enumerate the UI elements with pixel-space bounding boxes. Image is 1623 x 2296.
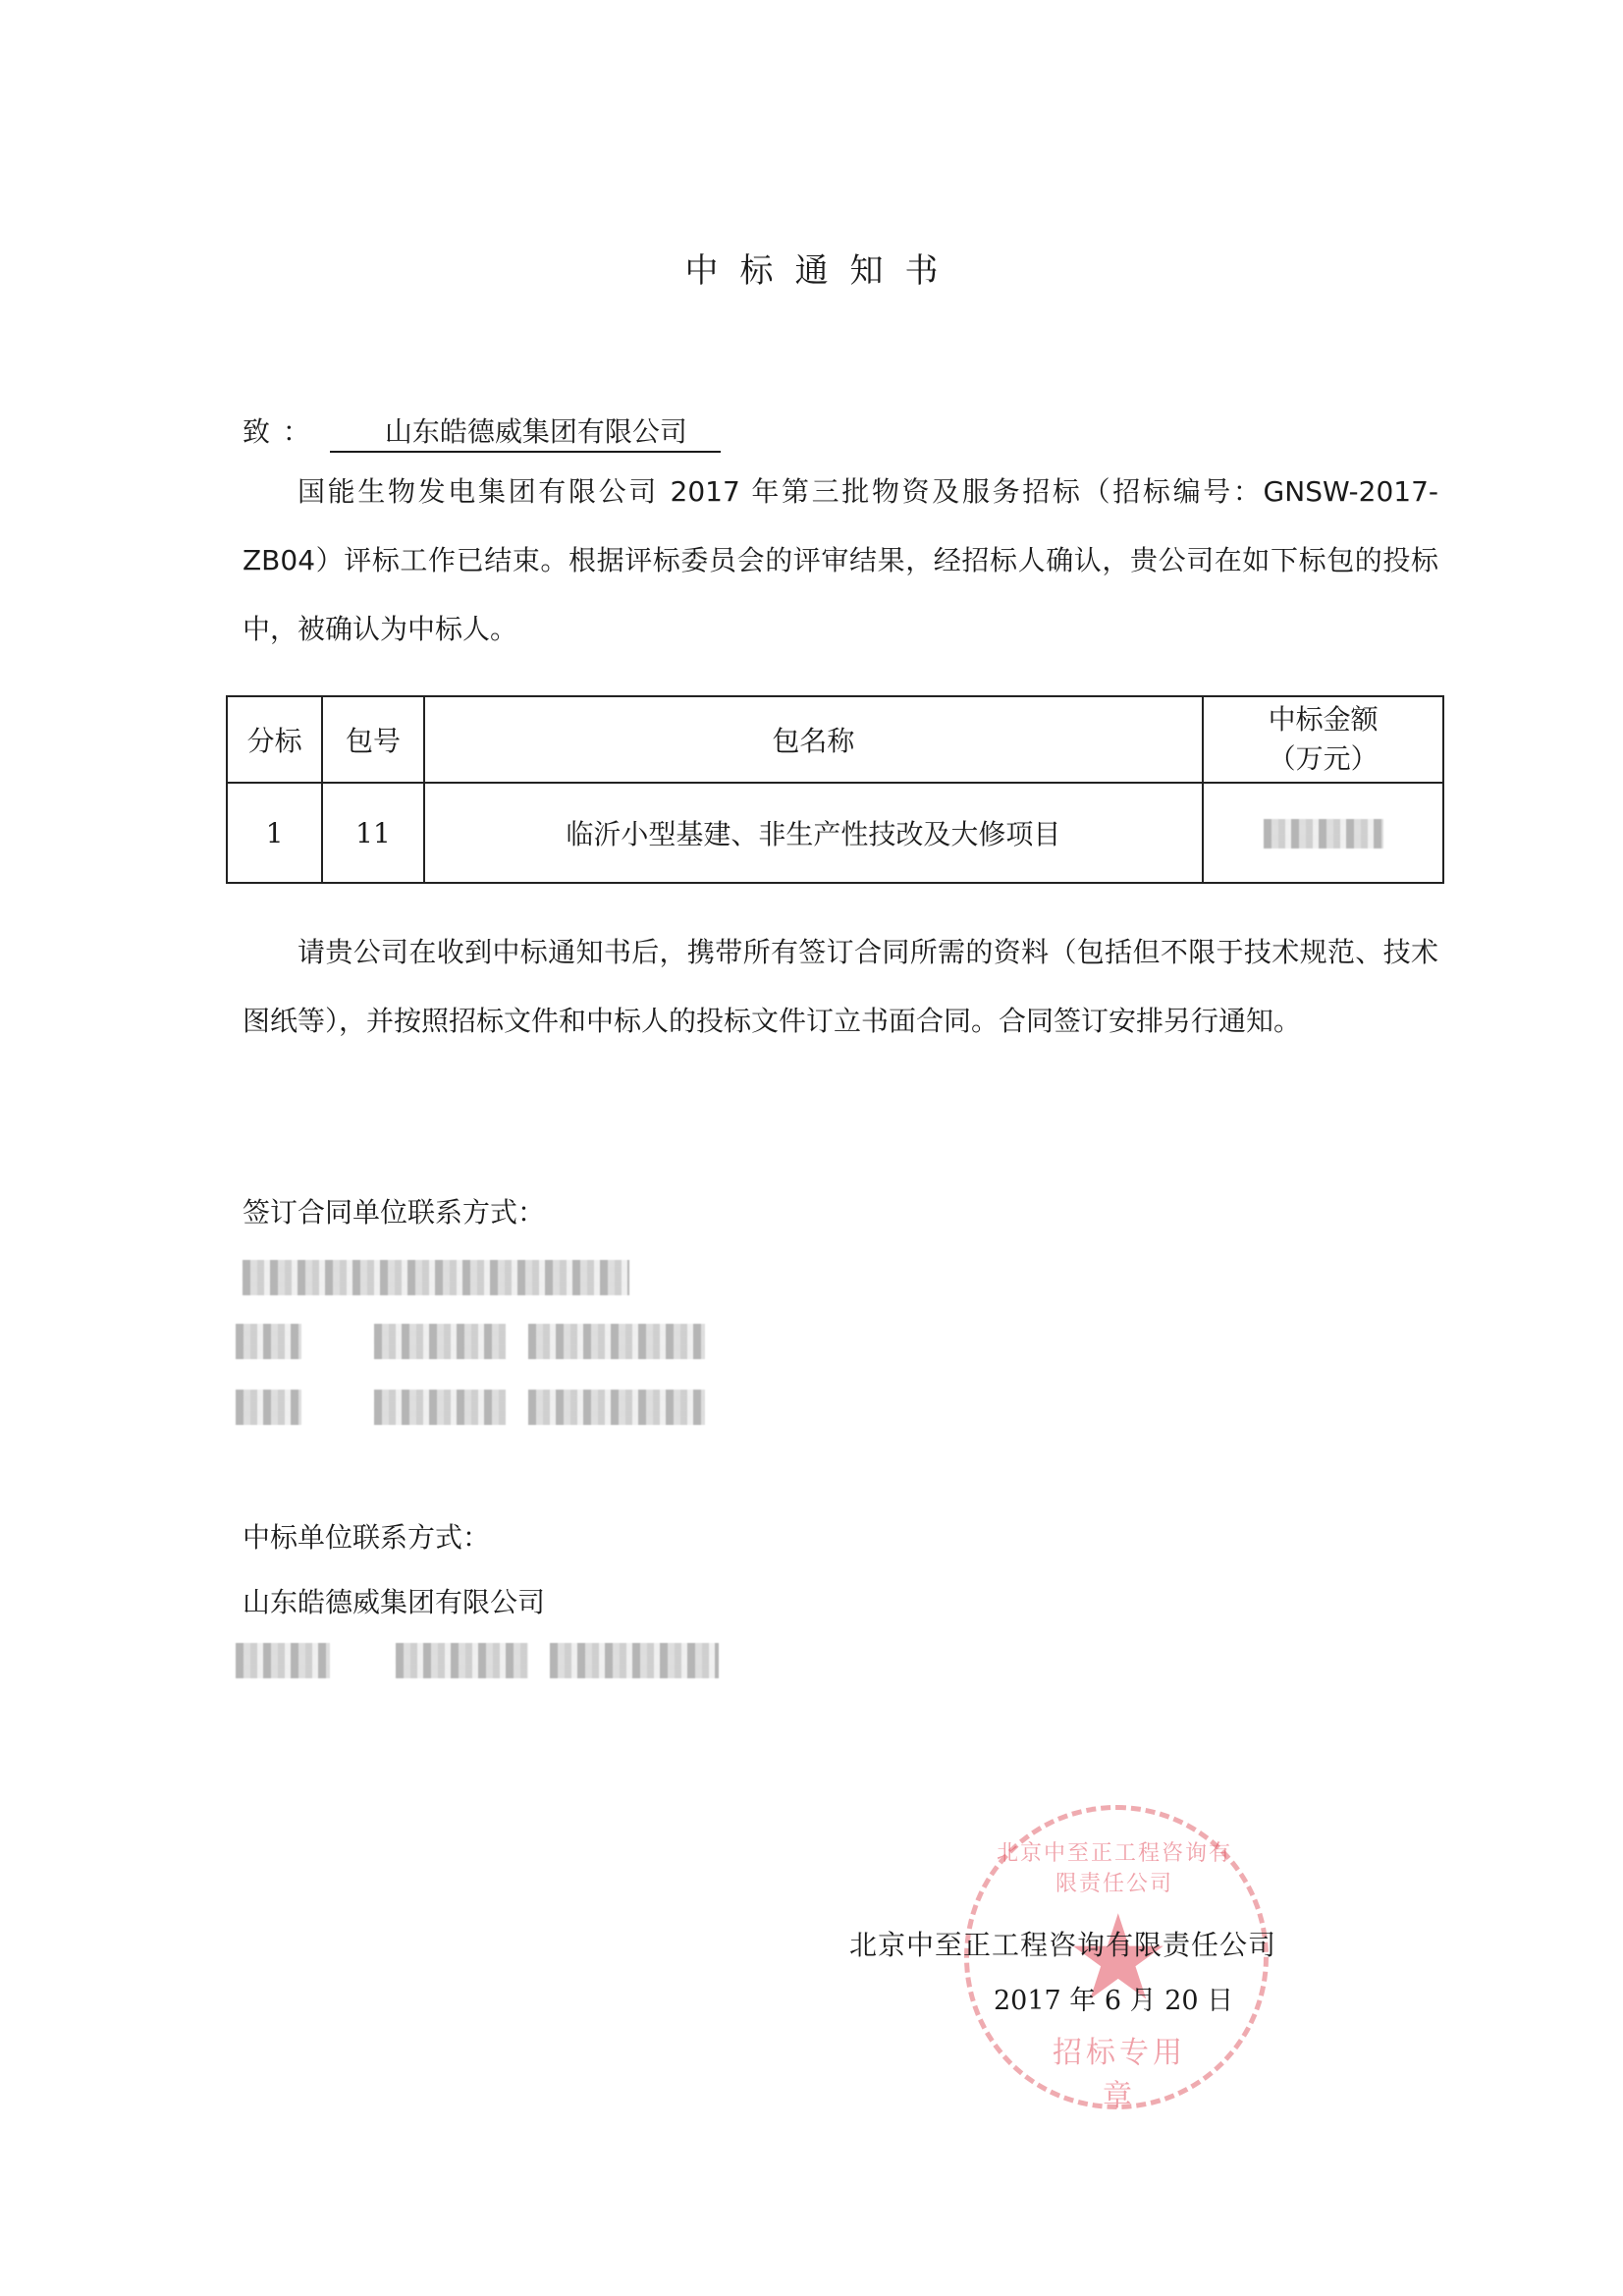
issue-date: 2017 年 6 月 20 日	[994, 1979, 1233, 2017]
recipient-prefix: 致 ：	[243, 415, 312, 448]
notification-paragraph: 国能生物发电集团有限公司 2017 年第三批物资及服务招标（招标编号：GNSW-…	[243, 458, 1438, 664]
table-row: 1 11 临沂小型基建、非生产性技改及大修项目	[227, 783, 1443, 883]
table-header-row: 分标 包号 包名称 中标金额 （万元）	[227, 696, 1443, 783]
header-lot: 分标	[227, 696, 322, 783]
header-amount-line1: 中标金额	[1204, 700, 1442, 739]
redacted-phone-label	[374, 1390, 506, 1425]
contract-contact-row	[236, 1385, 746, 1424]
redacted-phone-label	[396, 1643, 528, 1678]
contract-contact-row	[236, 1319, 746, 1358]
bid-table: 分标 包号 包名称 中标金额 （万元） 1 11 临沂小型基建、非生产性技改及大…	[226, 695, 1444, 884]
redacted-phone	[528, 1324, 705, 1359]
header-package-no: 包号	[322, 696, 423, 783]
contract-company-redacted	[236, 1255, 648, 1294]
redacted-phone-label	[374, 1324, 506, 1359]
redacted-phone	[550, 1643, 719, 1678]
instruction-paragraph: 请贵公司在收到中标通知书后，携带所有签订合同所需的资料（包括但不限于技术规范、技…	[243, 918, 1438, 1056]
winner-contact-row	[236, 1638, 746, 1677]
winner-contact-label: 中标单位联系方式：	[243, 1516, 490, 1556]
header-amount-line2: （万元）	[1204, 739, 1442, 779]
redacted-name	[236, 1390, 301, 1425]
redacted-name	[236, 1643, 330, 1678]
cell-amount	[1203, 783, 1443, 883]
cell-lot: 1	[227, 783, 322, 883]
contract-contact-label: 签订合同单位联系方式：	[243, 1191, 545, 1230]
redacted-amount	[1264, 819, 1383, 848]
cell-package-name: 临沂小型基建、非生产性技改及大修项目	[424, 783, 1204, 883]
cell-package-no: 11	[322, 783, 423, 883]
redacted-company	[243, 1260, 629, 1295]
issuer-company: 北京中至正工程咨询有限责任公司	[849, 1924, 1276, 1963]
redacted-phone	[528, 1390, 705, 1425]
stamp-text-top: 北京中至正工程咨询有限责任公司	[992, 1836, 1237, 1897]
winner-company: 山东皓德威集团有限公司	[243, 1581, 545, 1620]
header-package-name: 包名称	[424, 696, 1204, 783]
recipient-name: 山东皓德威集团有限公司	[330, 415, 721, 453]
stamp-text-bottom: 招标专用章	[1041, 2028, 1198, 2114]
header-amount: 中标金额 （万元）	[1203, 696, 1443, 783]
redacted-name	[236, 1324, 301, 1359]
recipient-line: 致 ：山东皓德威集团有限公司	[243, 410, 721, 453]
document-title: 中标通知书	[0, 244, 1623, 292]
